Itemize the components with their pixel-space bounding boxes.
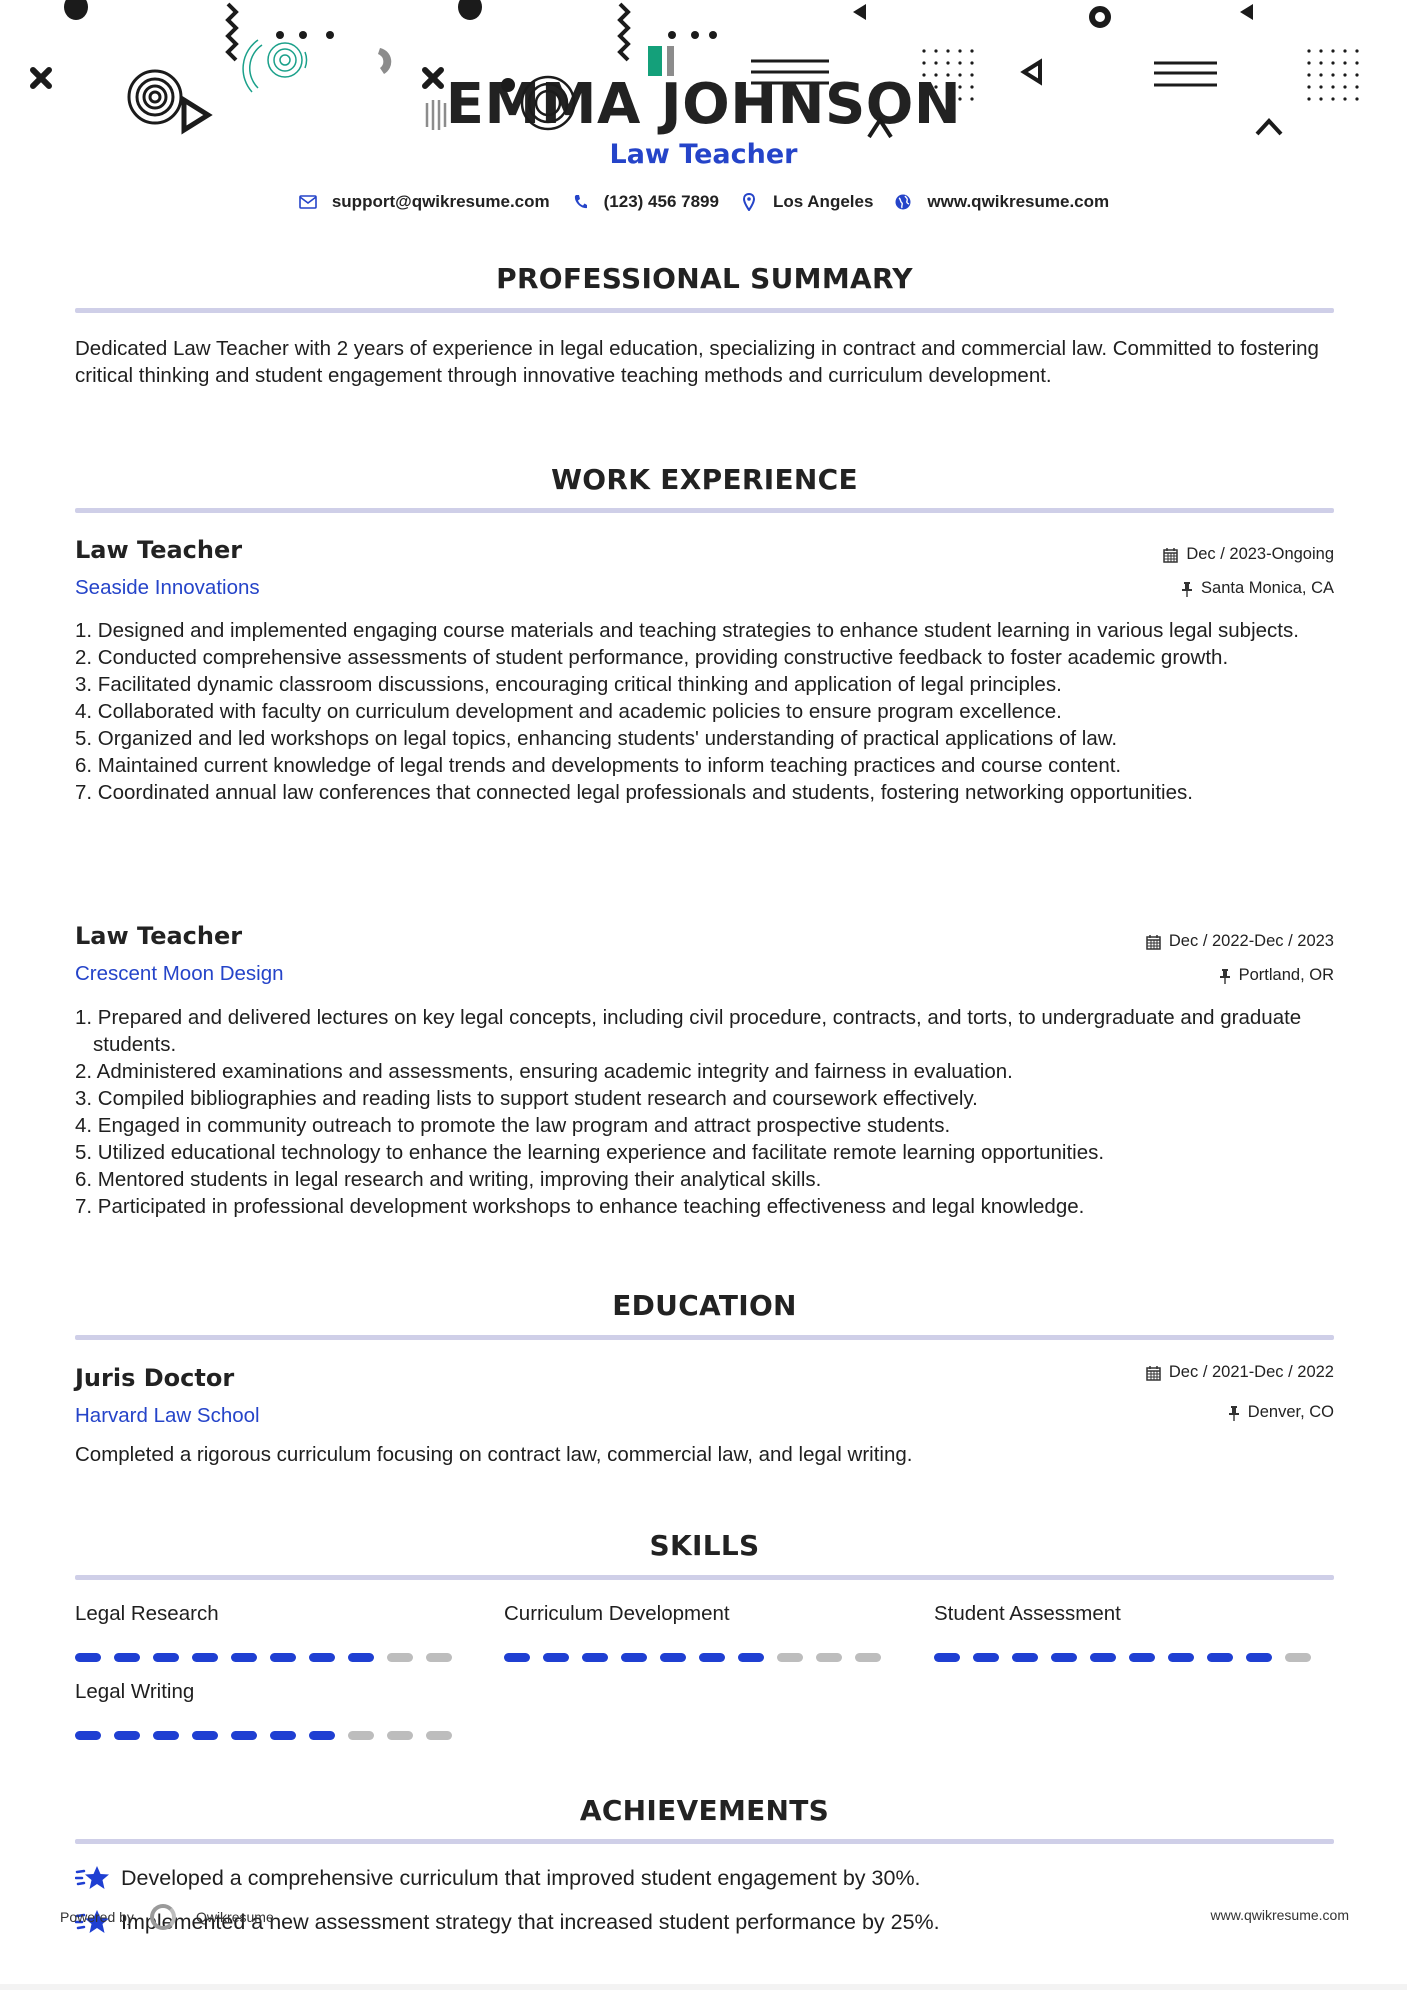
resume-page: EMMA JOHNSON Law Teacher support@qwikres… bbox=[0, 0, 1407, 1990]
dates-text: Dec / 2022-Dec / 2023 bbox=[1169, 932, 1334, 951]
section-divider bbox=[75, 1335, 1334, 1340]
achievement-text: Developed a comprehensive curriculum tha… bbox=[121, 1866, 921, 1891]
contact-bar: support@qwikresume.com (123) 456 7899 Lo… bbox=[0, 192, 1407, 212]
phone-icon bbox=[570, 192, 590, 212]
skill-level-bar bbox=[75, 1653, 455, 1662]
skill-segment bbox=[348, 1731, 374, 1740]
skill-item: Student Assessment bbox=[934, 1601, 1314, 1662]
job-responsibilities: 1. Prepared and delivered lectures on ke… bbox=[75, 1004, 1337, 1220]
skill-segment bbox=[504, 1653, 530, 1662]
powered-by: Powered by Qwikresume bbox=[60, 1904, 274, 1930]
skill-segment bbox=[426, 1653, 452, 1662]
list-item: 3. Facilitated dynamic classroom discuss… bbox=[75, 671, 1337, 698]
skill-name: Student Assessment bbox=[934, 1601, 1314, 1627]
skill-segment bbox=[1129, 1653, 1155, 1662]
job-dates: Dec / 2022-Dec / 2023 bbox=[1146, 932, 1334, 951]
job-responsibilities: 1. Designed and implemented engaging cou… bbox=[75, 617, 1337, 806]
skill-segment bbox=[621, 1653, 647, 1662]
skill-segment bbox=[699, 1653, 725, 1662]
footer-url[interactable]: www.qwikresume.com bbox=[1211, 1907, 1349, 1923]
skill-segment bbox=[387, 1731, 413, 1740]
phone-text: (123) 456 7899 bbox=[604, 192, 719, 212]
location-text: Los Angeles bbox=[773, 192, 873, 212]
skill-segment bbox=[582, 1653, 608, 1662]
pushpin-icon bbox=[1228, 1405, 1240, 1421]
job-location: Santa Monica, CA bbox=[1181, 579, 1334, 598]
skill-level-bar bbox=[504, 1653, 884, 1662]
list-item: 7. Coordinated annual law conferences th… bbox=[75, 779, 1337, 806]
education-dates: Dec / 2021-Dec / 2022 bbox=[1146, 1363, 1334, 1382]
calendar-icon bbox=[1163, 547, 1178, 563]
skill-segment bbox=[973, 1653, 999, 1662]
section-divider bbox=[75, 308, 1334, 313]
list-item: 1. Designed and implemented engaging cou… bbox=[75, 617, 1337, 644]
education-description: Completed a rigorous curriculum focusing… bbox=[75, 1441, 1335, 1468]
skill-segment bbox=[738, 1653, 764, 1662]
skill-item: Legal Research bbox=[75, 1601, 455, 1662]
contact-location: Los Angeles bbox=[739, 192, 873, 212]
list-item: 6. Mentored students in legal research a… bbox=[75, 1166, 1337, 1193]
job-location: Portland, OR bbox=[1219, 966, 1334, 985]
pushpin-icon bbox=[1181, 581, 1193, 597]
qwikresume-logo-icon bbox=[150, 1904, 176, 1930]
skill-segment bbox=[270, 1731, 296, 1740]
section-title-education: EDUCATION bbox=[75, 1289, 1334, 1322]
skill-segment bbox=[114, 1653, 140, 1662]
section-title-experience: WORK EXPERIENCE bbox=[75, 463, 1334, 496]
list-item: 5. Utilized educational technology to en… bbox=[75, 1139, 1337, 1166]
skill-segment bbox=[777, 1653, 803, 1662]
list-item: 3. Compiled bibliographies and reading l… bbox=[75, 1085, 1337, 1112]
skill-segment bbox=[855, 1653, 881, 1662]
skill-level-bar bbox=[75, 1731, 455, 1740]
skill-segment bbox=[114, 1731, 140, 1740]
skill-segment bbox=[1168, 1653, 1194, 1662]
skill-segment bbox=[75, 1731, 101, 1740]
dates-text: Dec / 2023-Ongoing bbox=[1186, 545, 1334, 564]
skill-segment bbox=[231, 1731, 257, 1740]
skill-segment bbox=[1090, 1653, 1116, 1662]
contact-email[interactable]: support@qwikresume.com bbox=[298, 192, 550, 212]
calendar-icon bbox=[1146, 934, 1161, 950]
skill-segment bbox=[1207, 1653, 1233, 1662]
job-dates: Dec / 2023-Ongoing bbox=[1163, 545, 1334, 564]
job-company: Crescent Moon Design bbox=[75, 962, 284, 986]
job-title: Law Teacher bbox=[75, 922, 242, 950]
email-text: support@qwikresume.com bbox=[332, 192, 550, 212]
list-item: 2. Conducted comprehensive assessments o… bbox=[75, 644, 1337, 671]
candidate-title: Law Teacher bbox=[0, 138, 1407, 172]
page-bottom-edge bbox=[0, 1984, 1407, 1990]
job-company: Seaside Innovations bbox=[75, 576, 260, 600]
skill-segment bbox=[1246, 1653, 1272, 1662]
skill-segment bbox=[231, 1653, 257, 1662]
location-text: Portland, OR bbox=[1239, 966, 1334, 985]
education-location: Denver, CO bbox=[1228, 1403, 1334, 1422]
list-item: 2. Administered examinations and assessm… bbox=[75, 1058, 1337, 1085]
section-title-achievements: ACHIEVEMENTS bbox=[75, 1794, 1334, 1827]
globe-icon bbox=[893, 192, 913, 212]
skill-segment bbox=[309, 1653, 335, 1662]
skill-name: Legal Research bbox=[75, 1601, 455, 1627]
website-text: www.qwikresume.com bbox=[927, 192, 1109, 212]
skill-segment bbox=[1012, 1653, 1038, 1662]
skill-segment bbox=[153, 1731, 179, 1740]
list-item: 5. Organized and led workshops on legal … bbox=[75, 725, 1337, 752]
skill-segment bbox=[543, 1653, 569, 1662]
skill-segment bbox=[192, 1653, 218, 1662]
pushpin-icon bbox=[1219, 968, 1231, 984]
skill-segment bbox=[426, 1731, 452, 1740]
location-text: Santa Monica, CA bbox=[1201, 579, 1334, 598]
skill-item: Legal Writing bbox=[75, 1679, 455, 1740]
star-icon bbox=[75, 1864, 111, 1892]
contact-website[interactable]: www.qwikresume.com bbox=[893, 192, 1109, 212]
calendar-icon bbox=[1146, 1365, 1161, 1381]
skill-segment bbox=[387, 1653, 413, 1662]
envelope-icon bbox=[298, 192, 318, 212]
skill-segment bbox=[192, 1731, 218, 1740]
section-title-skills: SKILLS bbox=[75, 1529, 1334, 1562]
skill-segment bbox=[816, 1653, 842, 1662]
skill-segment bbox=[270, 1653, 296, 1662]
brand-name[interactable]: Qwikresume bbox=[196, 1909, 274, 1925]
powered-by-label: Powered by bbox=[60, 1909, 134, 1925]
skill-segment bbox=[348, 1653, 374, 1662]
skill-segment bbox=[1051, 1653, 1077, 1662]
location-text: Denver, CO bbox=[1248, 1403, 1334, 1422]
contact-phone[interactable]: (123) 456 7899 bbox=[570, 192, 719, 212]
skill-segment bbox=[1285, 1653, 1311, 1662]
section-divider bbox=[75, 1839, 1334, 1844]
skill-segment bbox=[153, 1653, 179, 1662]
skill-level-bar bbox=[934, 1653, 1314, 1662]
skill-segment bbox=[75, 1653, 101, 1662]
skill-segment bbox=[309, 1731, 335, 1740]
list-item: 4. Engaged in community outreach to prom… bbox=[75, 1112, 1337, 1139]
list-item: 4. Collaborated with faculty on curricul… bbox=[75, 698, 1337, 725]
candidate-name: EMMA JOHNSON bbox=[0, 70, 1407, 140]
degree-title: Juris Doctor bbox=[75, 1364, 234, 1392]
list-item: 7. Participated in professional developm… bbox=[75, 1193, 1337, 1220]
school-name: Harvard Law School bbox=[75, 1404, 260, 1428]
skill-name: Legal Writing bbox=[75, 1679, 455, 1705]
list-item: 6. Maintained current knowledge of legal… bbox=[75, 752, 1337, 779]
section-title-summary: PROFESSIONAL SUMMARY bbox=[75, 262, 1334, 295]
achievement-item: Developed a comprehensive curriculum tha… bbox=[75, 1864, 921, 1892]
job-title: Law Teacher bbox=[75, 536, 242, 564]
dates-text: Dec / 2021-Dec / 2022 bbox=[1169, 1363, 1334, 1382]
summary-text: Dedicated Law Teacher with 2 years of ex… bbox=[75, 335, 1335, 389]
skill-name: Curriculum Development bbox=[504, 1601, 884, 1627]
skill-item: Curriculum Development bbox=[504, 1601, 884, 1662]
section-divider bbox=[75, 508, 1334, 513]
list-item: 1. Prepared and delivered lectures on ke… bbox=[75, 1004, 1337, 1058]
skill-segment bbox=[934, 1653, 960, 1662]
skill-segment bbox=[660, 1653, 686, 1662]
map-pin-icon bbox=[739, 192, 759, 212]
section-divider bbox=[75, 1575, 1334, 1580]
